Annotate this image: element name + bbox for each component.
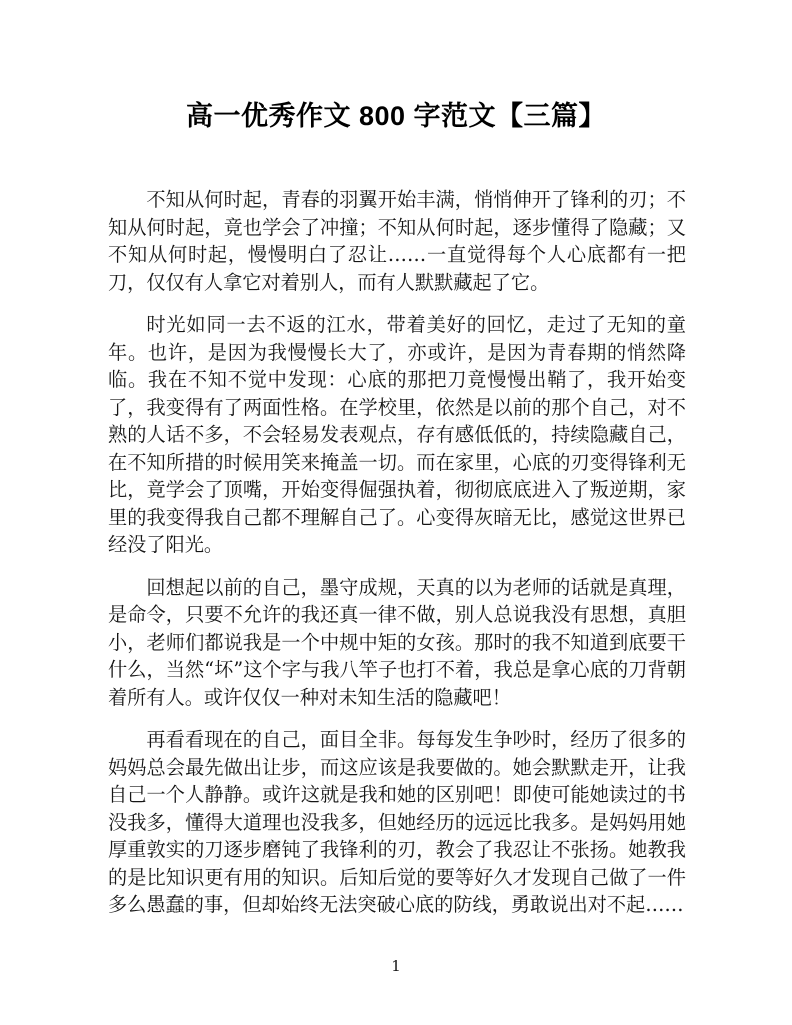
paragraph-2: 时光如同一去不返的江水，带着美好的回忆，走过了无知的童年。也许，是因为我慢慢长大… [108, 311, 686, 559]
document-body: 不知从何时起，青春的羽翼开始丰满，悄悄伸开了锋利的刃；不知从何时起，竟也学会了冲… [108, 186, 686, 934]
paragraph-3: 回想起以前的自己，墨守成规，天真的以为老师的话就是真理，是命令，只要不允许的我还… [108, 574, 686, 712]
paragraph-4: 再看看现在的自己，面目全非。每每发生争吵时，经历了很多的妈妈总会最先做出让步，而… [108, 726, 686, 919]
document-title: 高一优秀作文 800 字范文【三篇】 [0, 99, 792, 133]
paragraph-1: 不知从何时起，青春的羽翼开始丰满，悄悄伸开了锋利的刃；不知从何时起，竟也学会了冲… [108, 186, 686, 296]
page-number: 1 [0, 956, 792, 976]
document-page: 高一优秀作文 800 字范文【三篇】 不知从何时起，青春的羽翼开始丰满，悄悄伸开… [0, 0, 792, 1025]
